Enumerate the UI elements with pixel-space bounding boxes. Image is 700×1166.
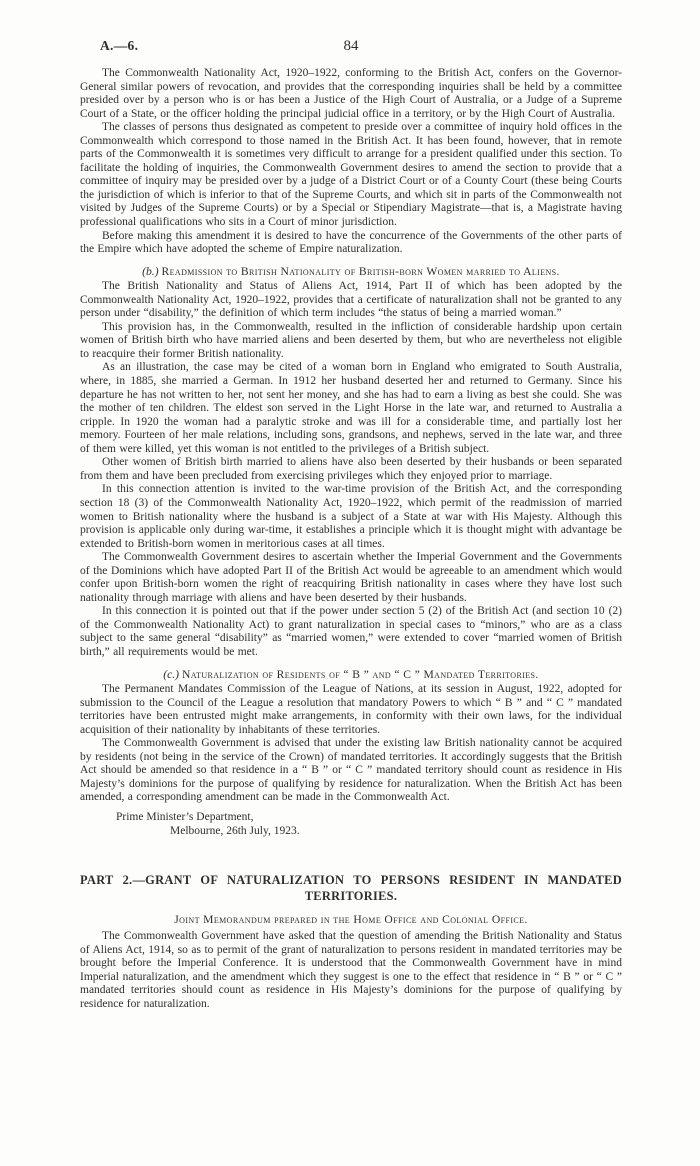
document-page: A.—6. 84 The Commonwealth Nationality Ac… <box>0 0 700 1166</box>
paragraph-b-3: As an illustration, the case may be cite… <box>80 361 622 456</box>
paragraph-part2-1: The Commonwealth Government have asked t… <box>80 930 622 1011</box>
section-c-heading: (c.) Naturalization of Residents of “ B … <box>80 668 622 682</box>
paragraph-b-7: In this connection it is pointed out tha… <box>80 605 622 659</box>
paragraph-c-1: The Permanent Mandates Commission of the… <box>80 683 622 737</box>
part2-title: PART 2.—GRANT OF NATURALIZATION TO PERSO… <box>80 873 622 904</box>
page-number: 84 <box>80 38 622 55</box>
section-b-title: Readmission to British Nationality of Br… <box>161 265 559 278</box>
paragraph-b-6: The Commonwealth Government desires to a… <box>80 551 622 605</box>
paragraph-b-2: This provision has, in the Commonwealth,… <box>80 321 622 362</box>
paragraph-b-5: In this connection attention is invited … <box>80 483 622 551</box>
paragraph-intro-1: The Commonwealth Nationality Act, 1920–1… <box>80 67 622 121</box>
paragraph-b-4: Other women of British birth married to … <box>80 456 622 483</box>
section-b-marker: (b.) <box>142 265 158 278</box>
paragraph-b-1: The British Nationality and Status of Al… <box>80 280 622 321</box>
paragraph-c-2: The Commonwealth Government is advised t… <box>80 737 622 805</box>
paragraph-intro-2: The classes of persons thus designated a… <box>80 121 622 229</box>
part2-subtitle: Joint Memorandum prepared in the Home Of… <box>80 913 622 926</box>
signature-department: Prime Minister’s Department, <box>80 811 622 825</box>
section-b-heading: (b.) Readmission to British Nationality … <box>80 265 622 279</box>
paragraph-intro-3: Before making this amendment it is desir… <box>80 230 622 257</box>
section-c-marker: (c.) <box>163 668 179 681</box>
page-header: A.—6. 84 <box>80 38 622 56</box>
section-c-title: Naturalization of Residents of “ B ” and… <box>182 668 539 681</box>
signature-block: Prime Minister’s Department, Melbourne, … <box>80 811 622 838</box>
signature-place-date: Melbourne, 26th July, 1923. <box>80 825 622 839</box>
